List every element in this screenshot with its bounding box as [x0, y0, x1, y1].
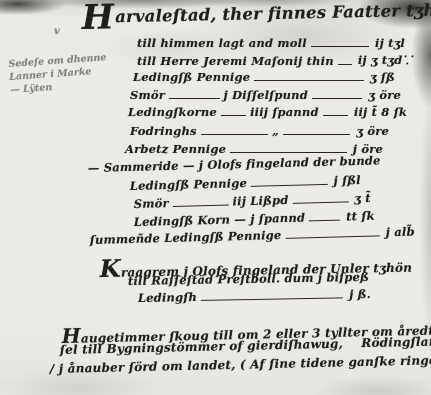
- ledger-amount: iij t̃ 8 ſk: [354, 105, 407, 119]
- ink-rule: [201, 297, 343, 300]
- ink-rule: [254, 80, 364, 81]
- ledger-line: Ledingſß Pennige ʒ ſß: [133, 70, 395, 84]
- ink-rule: [323, 115, 348, 116]
- ledger-label: Ledingſh: [138, 290, 197, 305]
- ink-rule: [309, 220, 340, 222]
- ledger-amount: ij tʒl: [375, 36, 405, 50]
- ledger-unit: iij Lißpd: [232, 193, 288, 208]
- ledger-label: Ledingſß Pennige: [133, 70, 250, 84]
- title-initial-letter: H: [82, 8, 115, 27]
- ledger-amount: tt ſk: [346, 209, 375, 224]
- title-text: arvaleſtad, ther finnes Faatter tʒhÿlle: [115, 0, 431, 26]
- ink-rule: [251, 184, 328, 187]
- footnote-line: / j ånauber ſörd om landet, ( Af ſine ti…: [50, 353, 431, 376]
- ink-rule: [312, 98, 362, 99]
- ledger-label: Ledingſkorne: [128, 105, 217, 119]
- ledger-line: Fodringhs „ ʒ öre: [130, 124, 389, 138]
- ledger-label: Smör: [130, 88, 165, 102]
- ledger-amount: j ß.: [349, 287, 371, 301]
- ledger-amount: j alb̃: [386, 224, 415, 239]
- ink-rule: [338, 64, 352, 65]
- ledger-label: Smör: [134, 196, 169, 211]
- ledger-amount: j ſßl: [333, 173, 361, 188]
- ledger-label: ſummeñde Ledingſß Pennige: [90, 228, 282, 247]
- ink-rule: [201, 134, 268, 135]
- ledger-line: Smör j Diſſelſpund ʒ öre: [130, 88, 401, 102]
- ledger-line: Ledingſkorne iiij ſpannd iij t̃ 8 ſk: [128, 105, 407, 119]
- stray-ink-mark: v: [54, 26, 60, 37]
- ledger-label: till Herre Jeremi Maſonij thin: [137, 54, 334, 68]
- ledger-amount: ʒ öre: [368, 88, 401, 102]
- ledger-label: till himmen lagt and moll: [137, 36, 307, 50]
- ink-rule: [283, 134, 350, 135]
- manuscript-page: H arvaleſtad, ther finnes Faatter tʒhÿll…: [0, 0, 431, 395]
- section-heading: — Sammeride — j Olofs fingeland der bund…: [88, 153, 381, 175]
- ink-rule: [173, 205, 229, 207]
- ledger-label: Arbetz Pennige: [125, 142, 226, 156]
- ink-rule: [286, 235, 380, 238]
- ledger-line: Ledingſh j ß.: [138, 287, 371, 305]
- ledger-label: Fodringhs: [130, 124, 197, 138]
- ledger-amount: ʒ t̃: [354, 191, 371, 205]
- ledger-label: Ledingſß Korn — j ſpannd: [134, 211, 306, 229]
- margin-note: Sedeſe om dhenne Lanner i Marke — Lÿten: [8, 51, 109, 97]
- ledger-amount: ʒ öre: [356, 124, 389, 138]
- ledger-line: till Raſſeſtäd Preſtboll. dum j biſpeß: [128, 270, 369, 288]
- ledger-line: till Herre Jeremi Maſonij thin ij ʒ tʒd⸪: [137, 53, 409, 68]
- ink-rule: [311, 46, 369, 47]
- ledger-amount: ʒ ſß: [370, 70, 395, 84]
- ledger-line: till himmen lagt and moll ij tʒl: [137, 36, 405, 50]
- ledger-unit: „: [272, 124, 279, 138]
- ink-rule: [230, 152, 347, 153]
- ledger-unit: iiij ſpannd: [250, 105, 319, 119]
- ink-rule: [169, 98, 219, 99]
- ledger-line: Ledingſß Pennige j ſßl: [130, 173, 361, 193]
- ink-rule: [221, 115, 246, 116]
- page-title: H arvaleſtad, ther finnes Faatter tʒhÿll…: [82, 0, 431, 27]
- ledger-amount: ij ʒ tʒd⸪: [358, 53, 412, 68]
- ledger-line: Smör iij Lißpd ʒ t̃: [134, 191, 371, 211]
- ledger-label: Ledingſß Pennige: [130, 176, 248, 193]
- ledger-unit: j Diſſelſpund: [224, 88, 308, 102]
- ink-rule: [293, 201, 349, 203]
